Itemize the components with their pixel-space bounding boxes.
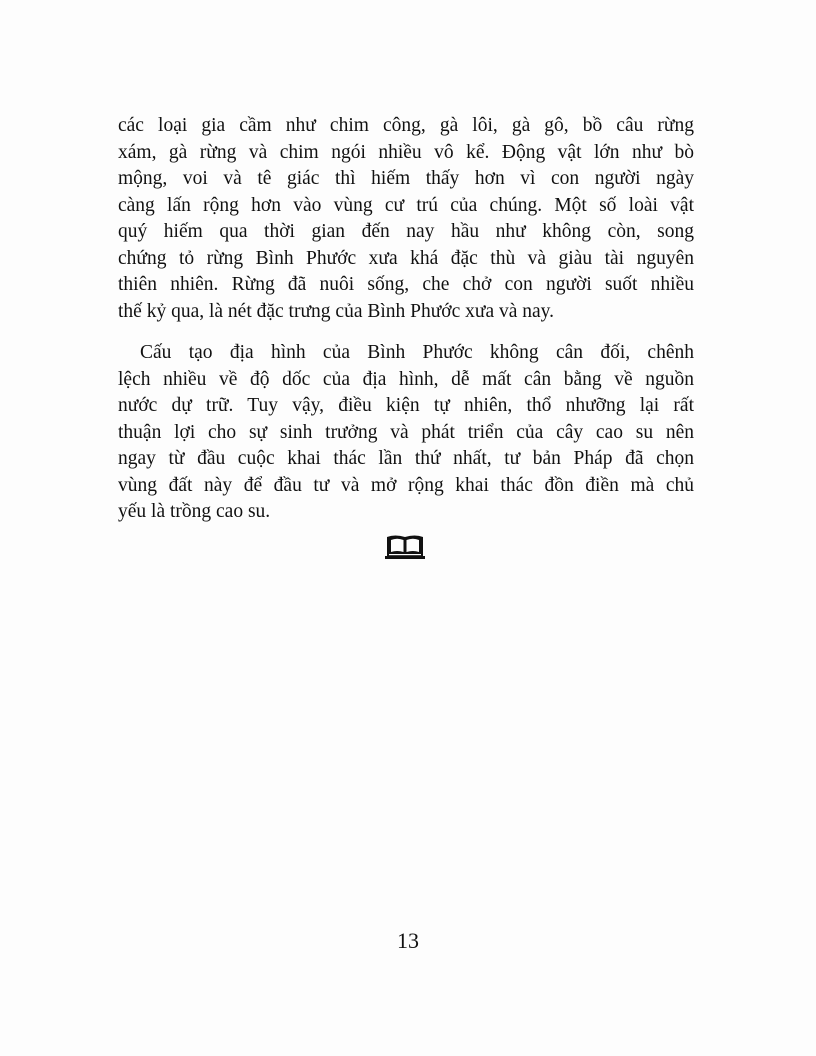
text-line: ngay từ đầu cuộc khai thác lần thứ nhất,… bbox=[118, 446, 694, 473]
book-page: các loại gia cầm như chim công, gà lôi, … bbox=[0, 0, 816, 1056]
text-line: các loại gia cầm như chim công, gà lôi, … bbox=[118, 113, 694, 140]
open-book-icon bbox=[385, 534, 425, 560]
text-line: thế kỷ qua, là nét đặc trưng của Bình Ph… bbox=[118, 299, 694, 326]
text-line: chứng tỏ rừng Bình Phước xưa khá đặc thù… bbox=[118, 246, 694, 273]
text-line: mộng, voi và tê giác thì hiếm thấy hơn v… bbox=[118, 166, 694, 193]
text-line: nước dự trữ. Tuy vậy, điều kiện tự nhiên… bbox=[118, 393, 694, 420]
text-line: thuận lợi cho sự sinh trưởng và phát tri… bbox=[118, 420, 694, 447]
text-line: Cấu tạo địa hình của Bình Phước không câ… bbox=[118, 340, 694, 367]
paragraph-1: các loại gia cầm như chim công, gà lôi, … bbox=[118, 113, 694, 325]
text-line: càng lấn rộng hơn vào vùng cư trú của ch… bbox=[118, 193, 694, 220]
paragraph-2: Cấu tạo địa hình của Bình Phước không câ… bbox=[118, 340, 694, 526]
text-line: thiên nhiên. Rừng đã nuôi sống, che chở … bbox=[118, 272, 694, 299]
page-number: 13 bbox=[0, 928, 816, 954]
text-line: lệch nhiều về độ dốc của địa hình, dễ mấ… bbox=[118, 367, 694, 394]
text-line: xám, gà rừng và chim ngói nhiều vô kể. Đ… bbox=[118, 140, 694, 167]
text-line: quý hiếm qua thời gian đến nay hầu như k… bbox=[118, 219, 694, 246]
text-line: yếu là trồng cao su. bbox=[118, 499, 694, 526]
text-line: vùng đất này để đầu tư và mở rộng khai t… bbox=[118, 473, 694, 500]
